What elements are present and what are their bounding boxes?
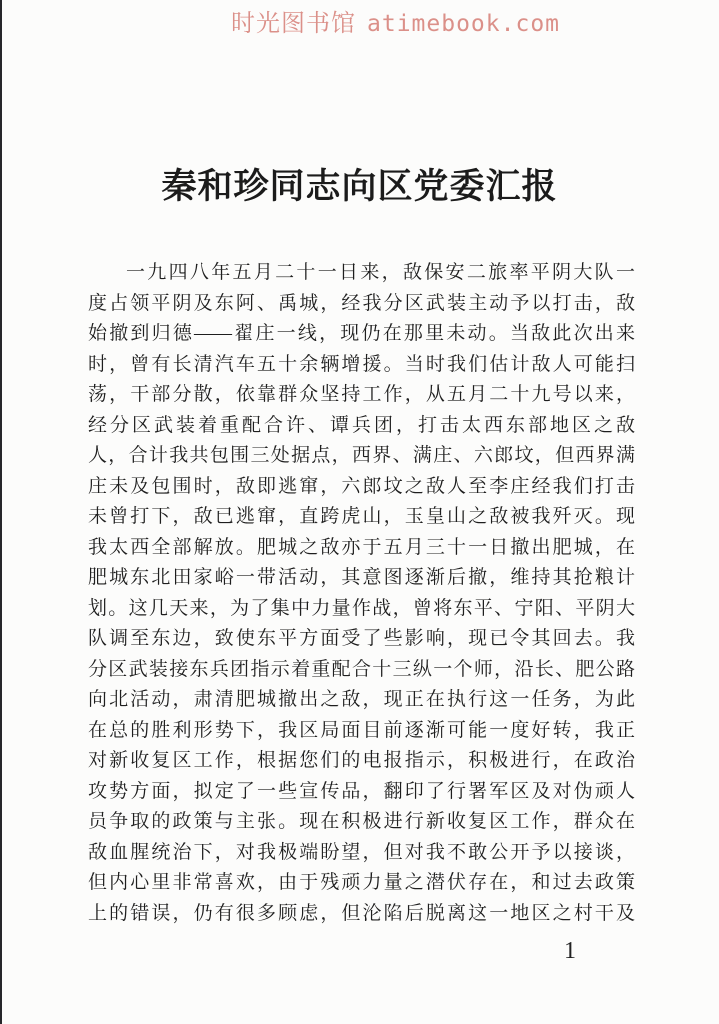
body-line: 队调至东边，致使东平方面受了些影响，现已令其回去。我 <box>88 624 635 655</box>
body-line: 对新收复区工作，根据您们的电报指示，积极进行，在政治 <box>88 746 635 777</box>
scanned-book-page: 时光图书馆 atimebook.com 秦和珍同志向区党委汇报 一九四八年五月二… <box>0 0 719 1024</box>
watermark: 时光图书馆 atimebook.com <box>231 3 560 38</box>
body-line: 度占领平阴及东阿、禹城，经我分区武装主动予以打击，敌 <box>88 289 635 320</box>
body-line: 在总的胜利形势下，我区局面目前逐渐可能一度好转，我正 <box>88 716 635 747</box>
report-paragraph: 一九四八年五月二十一日来，敌保安二旅率平阴大队一度占领平阴及东阿、禹城，经我分区… <box>88 258 635 929</box>
body-line: 但内心里非常喜欢，由于残顽力量之潜伏存在，和过去政策 <box>88 868 635 899</box>
watermark-site-text: atimebook.com <box>367 11 560 37</box>
body-line: 分区武装接东兵团指示着重配合十三纵一个师，沿长、肥公路 <box>88 655 635 686</box>
body-line: 始撤到归德——翟庄一线，现仍在那里未动。当敌此次出来 <box>88 319 635 350</box>
scan-edge-artifact <box>0 0 2 1024</box>
body-line: 未曾打下，敌已逃窜，直跨虎山，玉皇山之敌被我歼灭。现 <box>88 502 635 533</box>
body-line: 敌血腥统治下，对我极端盼望，但对我不敢公开予以接谈， <box>88 838 635 869</box>
body-line: 员争取的政策与主张。现在积极进行新收复区工作，群众在 <box>88 807 635 838</box>
body-line: 肥城东北田家峪一带活动，其意图逐渐后撤，维持其抢粮计 <box>88 563 635 594</box>
body-line: 人，合计我共包围三处据点，西界、满庄、六郎坟，但西界满 <box>88 441 635 472</box>
watermark-library-text: 时光图书馆 <box>231 3 356 38</box>
body-line: 我太西全部解放。肥城之敌亦于五月三十一日撤出肥城，在 <box>88 533 635 564</box>
body-line: 经分区武装着重配合许、谭兵团，打击太西东部地区之敌 <box>88 411 635 442</box>
body-line: 一九四八年五月二十一日来，敌保安二旅率平阴大队一 <box>88 258 635 289</box>
body-line: 攻势方面，拟定了一些宣传品，翻印了行署军区及对伪顽人 <box>88 777 635 808</box>
body-line: 庄未及包围时，敌即逃窜，六郎坟之敌人至李庄经我们打击 <box>88 472 635 503</box>
body-line: 划。这几天来，为了集中力量作战，曾将东平、宁阳、平阴大 <box>88 594 635 625</box>
page-title: 秦和珍同志向区党委汇报 <box>0 169 719 204</box>
body-line: 向北活动，肃清肥城撤出之敌，现正在执行这一任务，为此 <box>88 685 635 716</box>
body-line: 上的错误，仍有很多顾虑，但沦陷后脱离这一地区之村干及 <box>88 899 635 930</box>
body-line: 荡，干部分散，依靠群众坚持工作，从五月二十九号以来， <box>88 380 635 411</box>
body-line: 时，曾有长清汽车五十余辆增援。当时我们估计敌人可能扫 <box>88 350 635 381</box>
page-number: 1 <box>556 938 584 965</box>
